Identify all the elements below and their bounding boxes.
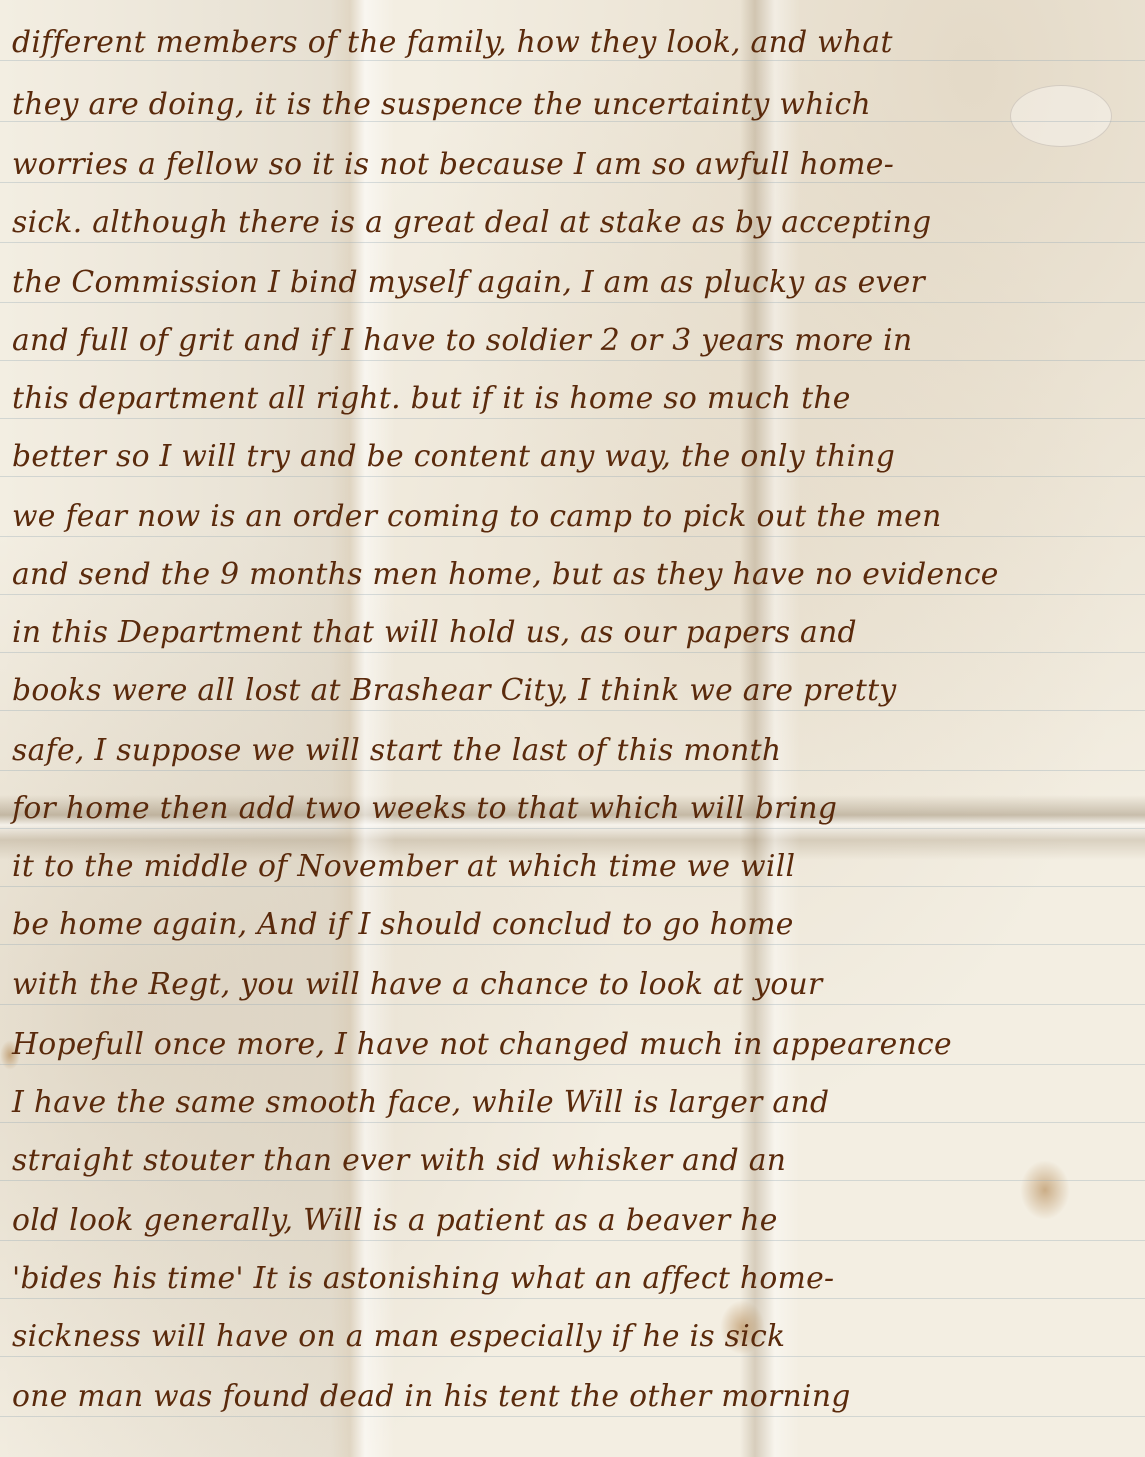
letter-line: they are doing, it is the suspence the u… [12, 90, 1145, 120]
letter-line: one man was found dead in his tent the o… [12, 1382, 1145, 1412]
letter-line: books were all lost at Brashear City, I … [12, 676, 1145, 706]
letter-line: Hopefull once more, I have not changed m… [12, 1030, 1145, 1060]
letter-line: worries a fellow so it is not because I … [12, 150, 1145, 180]
letter-line: we fear now is an order coming to camp t… [12, 502, 1145, 532]
letter-line: different members of the family, how the… [12, 28, 1145, 58]
letter-line: straight stouter than ever with sid whis… [12, 1146, 1145, 1176]
letter-line: sickness will have on a man especially i… [12, 1322, 1145, 1352]
letter-line: old look generally, Will is a patient as… [12, 1206, 1145, 1236]
letter-line: this department all right. but if it is … [12, 384, 1145, 414]
letter-line: and send the 9 months men home, but as t… [12, 560, 1145, 590]
letter-line: in this Department that will hold us, as… [12, 618, 1145, 648]
letter-line: the Commission I bind myself again, I am… [12, 268, 1145, 298]
letter-line: sick. although there is a great deal at … [12, 208, 1145, 238]
letter-line: 'bides his time' It is astonishing what … [12, 1264, 1145, 1294]
letter-line: with the Regt, you will have a chance to… [12, 970, 1145, 1000]
letter-line: I have the same smooth face, while Will … [12, 1088, 1145, 1118]
letter-line: better so I will try and be content any … [12, 442, 1145, 472]
letter-page: different members of the family, how the… [0, 0, 1145, 1457]
letter-line: safe, I suppose we will start the last o… [12, 736, 1145, 766]
letter-line: for home then add two weeks to that whic… [12, 794, 1145, 824]
letter-line: be home again, And if I should conclud t… [12, 910, 1145, 940]
letter-line: it to the middle of November at which ti… [12, 852, 1145, 882]
letter-line: and full of grit and if I have to soldie… [12, 326, 1145, 356]
